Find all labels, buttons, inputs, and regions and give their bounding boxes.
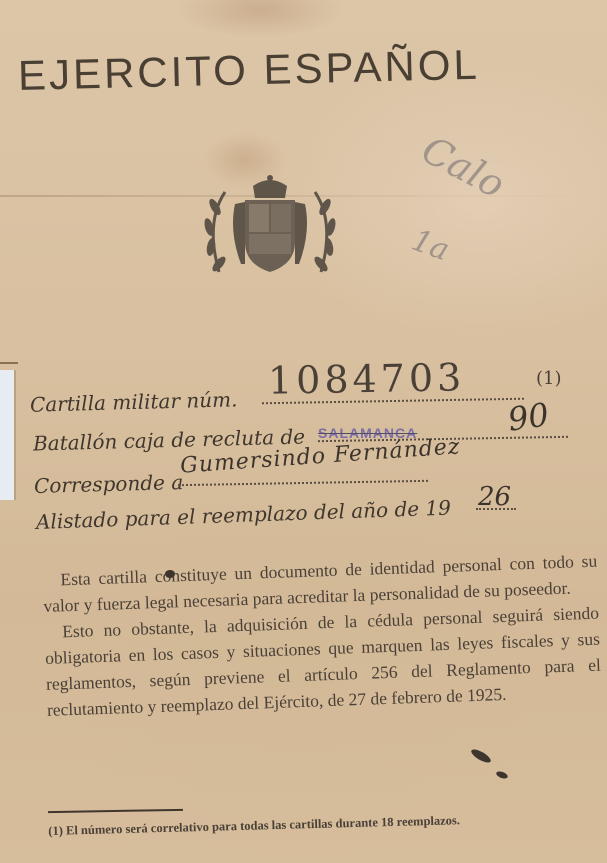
ink-blot — [165, 570, 175, 578]
coat-of-arms-icon — [185, 172, 355, 282]
body-paragraph-2: Esto no obstante, la adquisición de la c… — [44, 600, 602, 723]
cartilla-number: 1084703 — [268, 355, 466, 402]
document-body: Esta cartilla constituye un documento de… — [42, 548, 602, 723]
corresponde-label: Corresponde a — [34, 470, 184, 498]
footnote-reference: (1) — [536, 368, 562, 389]
torn-edge-gap — [0, 370, 16, 500]
batallon-handwritten-number: 90 — [506, 395, 552, 438]
alistado-handwritten-year: 26 — [478, 482, 511, 512]
